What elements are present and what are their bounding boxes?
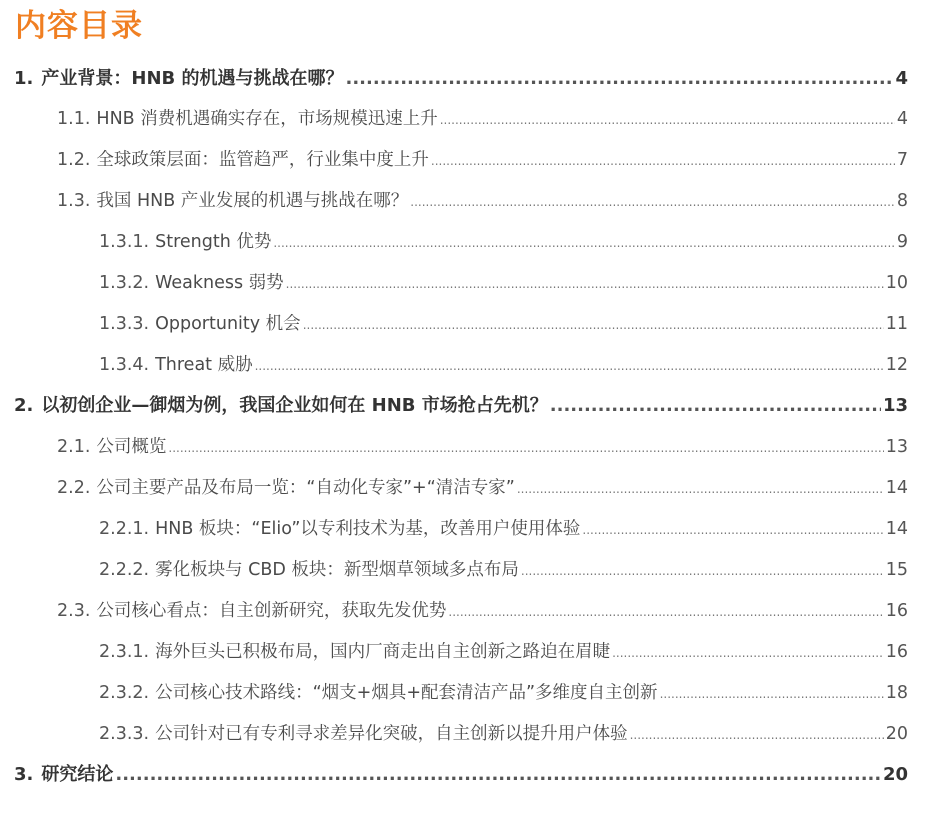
toc-entry-2-3-2[interactable]: 2.3.2.公司核心技术路线：“烟支+烟具+配套清洁产品”多维度自主创新18	[99, 678, 908, 708]
toc-text: Weakness 弱势	[155, 268, 284, 298]
toc-page: 16	[886, 637, 908, 667]
toc-entry-1-2[interactable]: 1.2.全球政策层面：监管趋严，行业集中度上升7	[57, 145, 908, 175]
dot-leader	[346, 64, 894, 94]
toc-entry-2-2-2[interactable]: 2.2.2.雾化板块与 CBD 板块：新型烟草领域多点布局15	[99, 555, 908, 585]
dot-leader	[168, 433, 883, 463]
toc-number: 2.3.1.	[99, 637, 149, 667]
toc-page: 4	[895, 64, 908, 94]
dot-leader	[115, 760, 881, 790]
dot-leader	[612, 638, 884, 668]
dot-leader	[410, 187, 895, 217]
toc-page: 14	[886, 514, 908, 544]
toc-number: 2.3.2.	[99, 678, 149, 708]
toc-entry-1-3-2[interactable]: 1.3.2.Weakness 弱势10	[99, 268, 908, 298]
toc-entry-3[interactable]: 3.研究结论20	[14, 760, 908, 790]
toc-text: 我国 HNB 产业发展的机遇与挑战在哪？	[96, 186, 408, 216]
toc-text: 海外巨头已积极布局，国内厂商走出自主创新之路迫在眉睫	[155, 637, 610, 667]
toc-page: 13	[886, 432, 908, 462]
toc-entry-1-3-1[interactable]: 1.3.1.Strength 优势9	[99, 227, 908, 257]
dot-leader	[521, 556, 884, 586]
toc-entry-1-3-4[interactable]: 1.3.4.Threat 威胁12	[99, 350, 908, 380]
toc-page: 12	[886, 350, 908, 380]
toc-number: 1.3.1.	[99, 227, 149, 257]
toc-page: 16	[886, 596, 908, 626]
toc-entry-2[interactable]: 2.以初创企业—御烟为例，我国企业如何在 HNB 市场抢占先机？13	[14, 391, 908, 421]
toc-number: 1.2.	[57, 145, 90, 175]
toc-number: 2.3.	[57, 596, 90, 626]
toc-entry-2-1[interactable]: 2.1.公司概览13	[57, 432, 908, 462]
toc-entry-2-3-3[interactable]: 2.3.3.公司针对已有专利寻求差异化突破，自主创新以提升用户体验20	[99, 719, 908, 749]
toc-text: Opportunity 机会	[155, 309, 301, 339]
dot-leader	[660, 679, 884, 709]
dot-leader	[448, 597, 883, 627]
dot-leader	[582, 515, 883, 545]
toc-entry-1-1[interactable]: 1.1.HNB 消费机遇确实存在，市场规模迅速上升4	[57, 104, 908, 134]
toc-text: Strength 优势	[155, 227, 271, 257]
toc-text: 研究结论	[41, 760, 113, 790]
toc-number: 2.2.1.	[99, 514, 149, 544]
toc-page: 13	[883, 391, 908, 421]
toc-page: 20	[886, 719, 908, 749]
dot-leader	[286, 269, 884, 299]
dot-leader	[255, 351, 884, 381]
toc-text: 公司针对已有专利寻求差异化突破，自主创新以提升用户体验	[155, 719, 628, 749]
toc-page: 14	[886, 473, 908, 503]
toc-page: 7	[897, 145, 908, 175]
toc-text: 全球政策层面：监管趋严，行业集中度上升	[96, 145, 429, 175]
toc-page: 8	[897, 186, 908, 216]
toc-number: 2.3.3.	[99, 719, 149, 749]
toc-entry-2-3-1[interactable]: 2.3.1.海外巨头已积极布局，国内厂商走出自主创新之路迫在眉睫16	[99, 637, 908, 667]
toc-page: 18	[886, 678, 908, 708]
toc-text: Threat 威胁	[155, 350, 253, 380]
toc-number: 1.1.	[57, 104, 90, 134]
toc-text: 产业背景：HNB 的机遇与挑战在哪？	[41, 64, 343, 94]
toc-text: 公司核心技术路线：“烟支+烟具+配套清洁产品”多维度自主创新	[155, 678, 657, 708]
toc-number: 2.2.2.	[99, 555, 149, 585]
dot-leader	[550, 391, 881, 421]
toc-number: 2.	[14, 391, 33, 421]
toc-text: 公司核心看点：自主创新研究，获取先发优势	[96, 596, 446, 626]
toc-page: 9	[897, 227, 908, 257]
toc-text: 雾化板块与 CBD 板块：新型烟草领域多点布局	[155, 555, 519, 585]
toc-entry-2-2[interactable]: 2.2.公司主要产品及布局一览：“自动化专家”+“清洁专家”14	[57, 473, 908, 503]
toc-number: 1.3.	[57, 186, 90, 216]
toc-page: 4	[897, 104, 908, 134]
dot-leader	[303, 310, 884, 340]
toc-text: 公司概览	[96, 432, 166, 462]
toc-number: 2.2.	[57, 473, 90, 503]
toc-text: 公司主要产品及布局一览：“自动化专家”+“清洁专家”	[96, 473, 514, 503]
toc-entry-2-2-1[interactable]: 2.2.1.HNB 板块：“Elio”以专利技术为基，改善用户使用体验14	[99, 514, 908, 544]
toc-page: 10	[886, 268, 908, 298]
toc-entry-1-3-3[interactable]: 1.3.3.Opportunity 机会11	[99, 309, 908, 339]
toc-text: HNB 消费机遇确实存在，市场规模迅速上升	[96, 104, 437, 134]
toc-number: 1.3.2.	[99, 268, 149, 298]
toc-entry-1-3[interactable]: 1.3.我国 HNB 产业发展的机遇与挑战在哪？8	[57, 186, 908, 216]
toc-page: 11	[886, 309, 908, 339]
toc-text: HNB 板块：“Elio”以专利技术为基，改善用户使用体验	[155, 514, 580, 544]
toc-number: 1.3.3.	[99, 309, 149, 339]
toc-entry-1[interactable]: 1.产业背景：HNB 的机遇与挑战在哪？4	[14, 64, 908, 94]
toc-number: 2.1.	[57, 432, 90, 462]
toc-entry-2-3[interactable]: 2.3.公司核心看点：自主创新研究，获取先发优势16	[57, 596, 908, 626]
dot-leader	[517, 474, 884, 504]
toc-page: 15	[886, 555, 908, 585]
toc-number: 3.	[14, 760, 33, 790]
dot-leader	[630, 720, 884, 750]
toc-page: 20	[883, 760, 908, 790]
dot-leader	[273, 228, 895, 258]
toc-text: 以初创企业—御烟为例，我国企业如何在 HNB 市场抢占先机？	[41, 391, 547, 421]
dot-leader	[440, 105, 895, 135]
dot-leader	[431, 146, 895, 176]
toc-number: 1.	[14, 64, 33, 94]
toc-number: 1.3.4.	[99, 350, 149, 380]
toc-title: 内容目录	[15, 6, 143, 46]
